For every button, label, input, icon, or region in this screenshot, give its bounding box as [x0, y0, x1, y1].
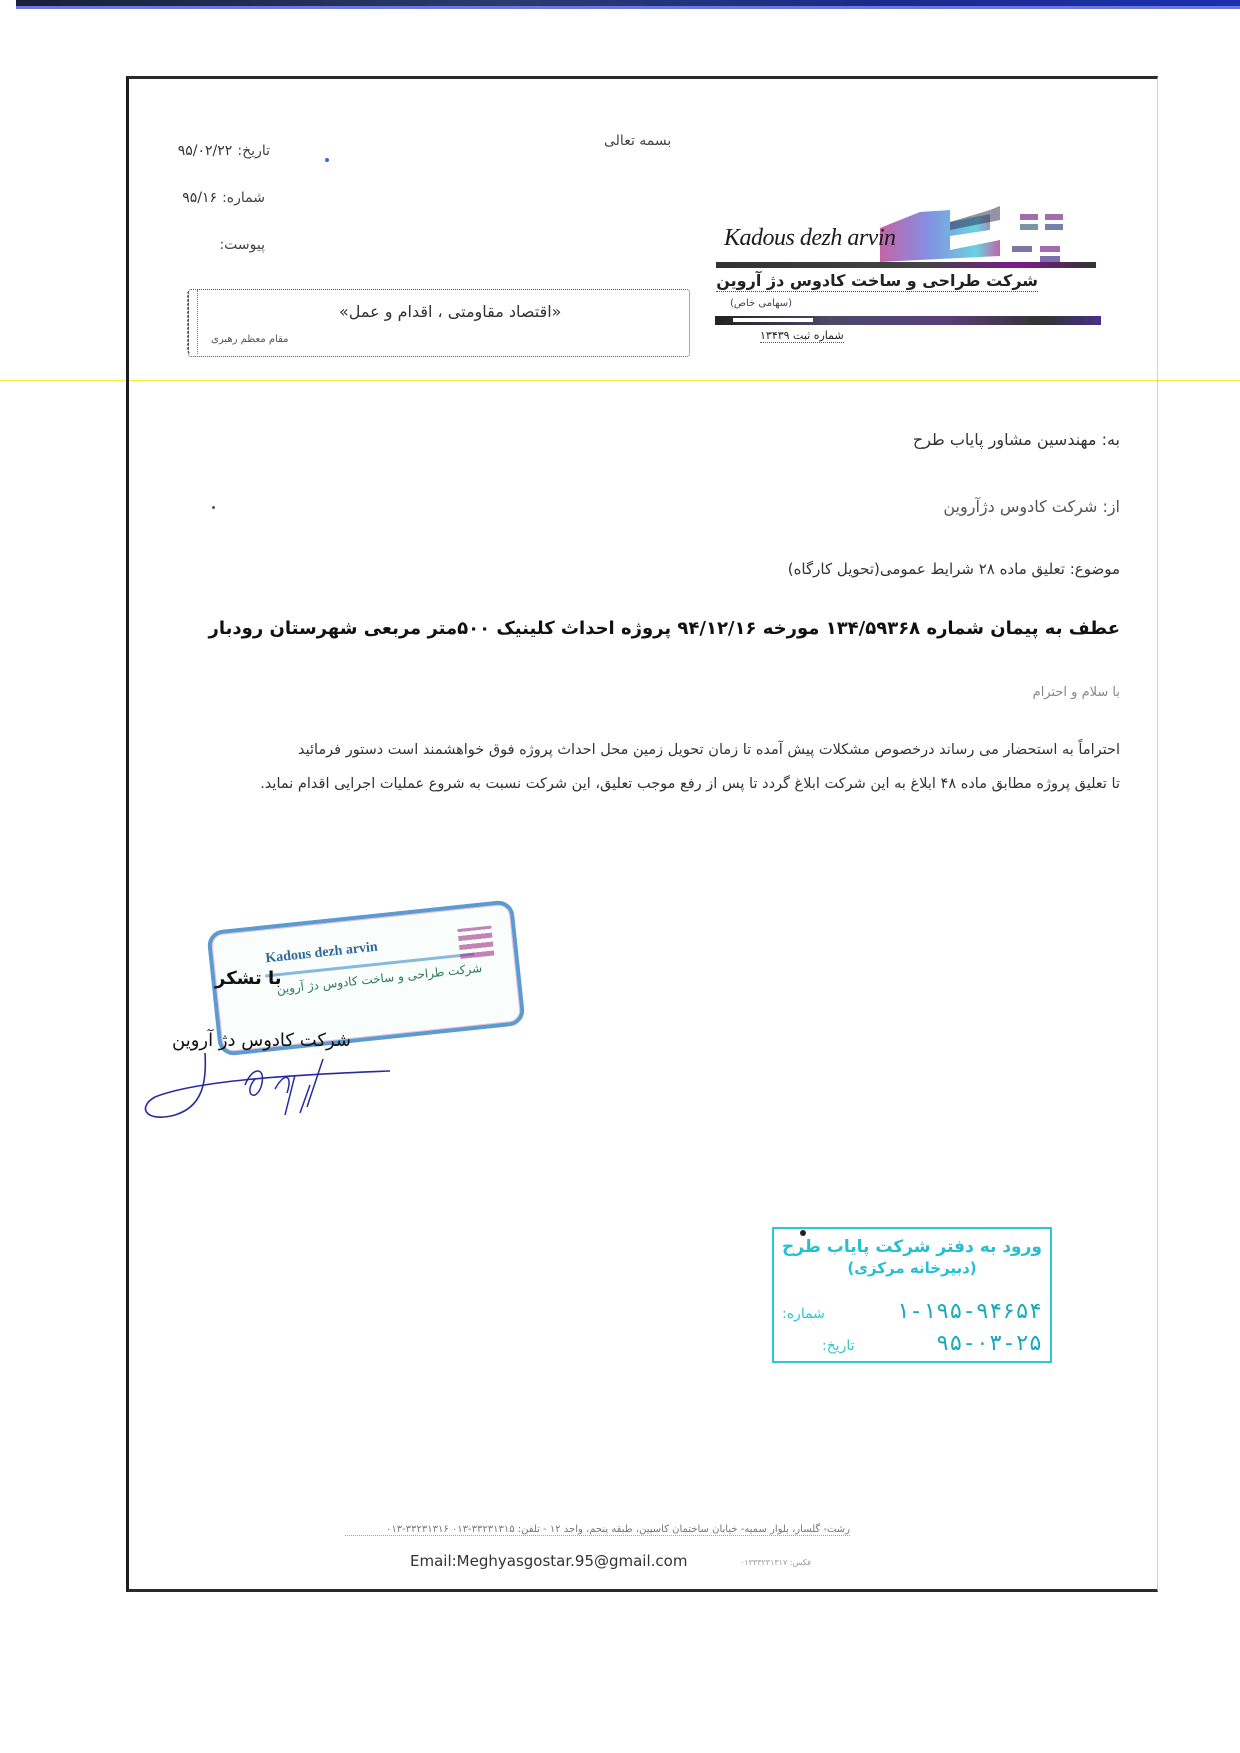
recipient-line: به: مهندسین مشاور پایاب طرح [700, 430, 1120, 449]
logo-divider-bar [716, 262, 1096, 268]
motto-attribution: مقام معظم رهبری [211, 334, 289, 345]
footer-fax: فکس: ۰۱۳۳۳۲۳۱۳۱۷ [740, 1558, 811, 1567]
logo-latin-name: Kadous dezh arvin [724, 225, 896, 252]
sender-line: از: شرکت کادوس دژآروین [700, 497, 1120, 516]
scan-speck [800, 1230, 806, 1236]
scan-speck [325, 158, 329, 162]
attachment-label: پیوست: [219, 237, 265, 253]
motto-box: «اقتصاد مقاومتی ، اقدام و عمل» مقام معظم… [188, 289, 690, 357]
handwritten-signature-icon [135, 1045, 395, 1125]
attachment-field: پیوست: [200, 234, 265, 253]
receipt-date-label: تاریخ: [822, 1338, 855, 1354]
receipt-number-value: ۱-۱۹۵-۹۴۶۵۴ [896, 1299, 1042, 1324]
letter-paragraph: احتراماً به استحضار می رساند درخصوص مشکل… [230, 733, 1120, 801]
date-field: تاریخ: ۹۵/۰۲/۲۲ [150, 140, 270, 159]
scan-top-band [16, 0, 1240, 6]
reference-line: عطف به پیمان شماره ۱۳۴/۵۹۳۶۸ مورخه ۹۴/۱۲… [200, 618, 1120, 639]
date-label: تاریخ: [237, 143, 270, 159]
motto-text: «اقتصاد مقاومتی ، اقدام و عمل» [339, 302, 561, 321]
paragraph-line-2: تا تعلیق پروژه مطابق ماده ۴۸ ابلاغ به ای… [230, 767, 1120, 801]
seal-latin-name: Kadous dezh arvin [265, 940, 379, 968]
receipt-title: ورود به دفتر شرکت پایاب طرح [774, 1237, 1050, 1257]
signature-thanks: با تشکر [215, 968, 282, 989]
logo-bottom-bar [715, 316, 1101, 325]
building-logo-icon [880, 200, 1080, 268]
receipt-date-value: ۹۵-۰۳-۲۵ [936, 1331, 1042, 1356]
scan-speck [212, 506, 215, 509]
date-value: ۹۵/۰۲/۲۲ [178, 143, 233, 159]
footer-address: رشت- گلسار، بلوار سمیه- خیابان ساختمان ک… [345, 1524, 850, 1536]
receipt-date-row: تاریخ: ۹۵-۰۳-۲۵ [782, 1331, 1042, 1356]
basmala: بسمه تعالی [604, 133, 671, 149]
logo-persian-name: شرکت طراحی و ساخت کادوس دژ آروین [716, 271, 1038, 292]
number-value: ۹۵/۱۶ [182, 190, 217, 206]
logo-persian-wrapper: شرکت طراحی و ساخت کادوس دژ آروین [716, 271, 1038, 290]
number-label: شماره: [222, 190, 265, 206]
seal-persian-name: شرکت طراحی و ساخت کادوس دژ آروین [276, 961, 483, 996]
footer-email: Email:Meghyasgostar.95@gmail.com [410, 1552, 687, 1570]
paragraph-line-1: احتراماً به استحضار می رساند درخصوص مشکل… [230, 733, 1120, 767]
logo-registration: شماره ثبت ۱۳۴۳۹ [760, 329, 844, 343]
seal-building-icon [457, 926, 494, 959]
receipt-number-label: شماره: [782, 1306, 825, 1322]
greeting-line: با سلام و احترام [900, 685, 1120, 700]
receipt-stamp: ورود به دفتر شرکت پایاب طرح (دبیرخانه مر… [772, 1227, 1052, 1363]
number-field: شماره: ۹۵/۱۶ [150, 187, 265, 206]
logo-company-type: (سهامی خاص) [730, 298, 792, 309]
receipt-number-row: شماره: ۱-۱۹۵-۹۴۶۵۴ [782, 1299, 1042, 1324]
subject-line: موضوع: تعلیق ماده ۲۸ شرایط عمومی(تحویل ک… [600, 560, 1120, 578]
receipt-subtitle: (دبیرخانه مرکزی) [774, 1259, 1050, 1277]
